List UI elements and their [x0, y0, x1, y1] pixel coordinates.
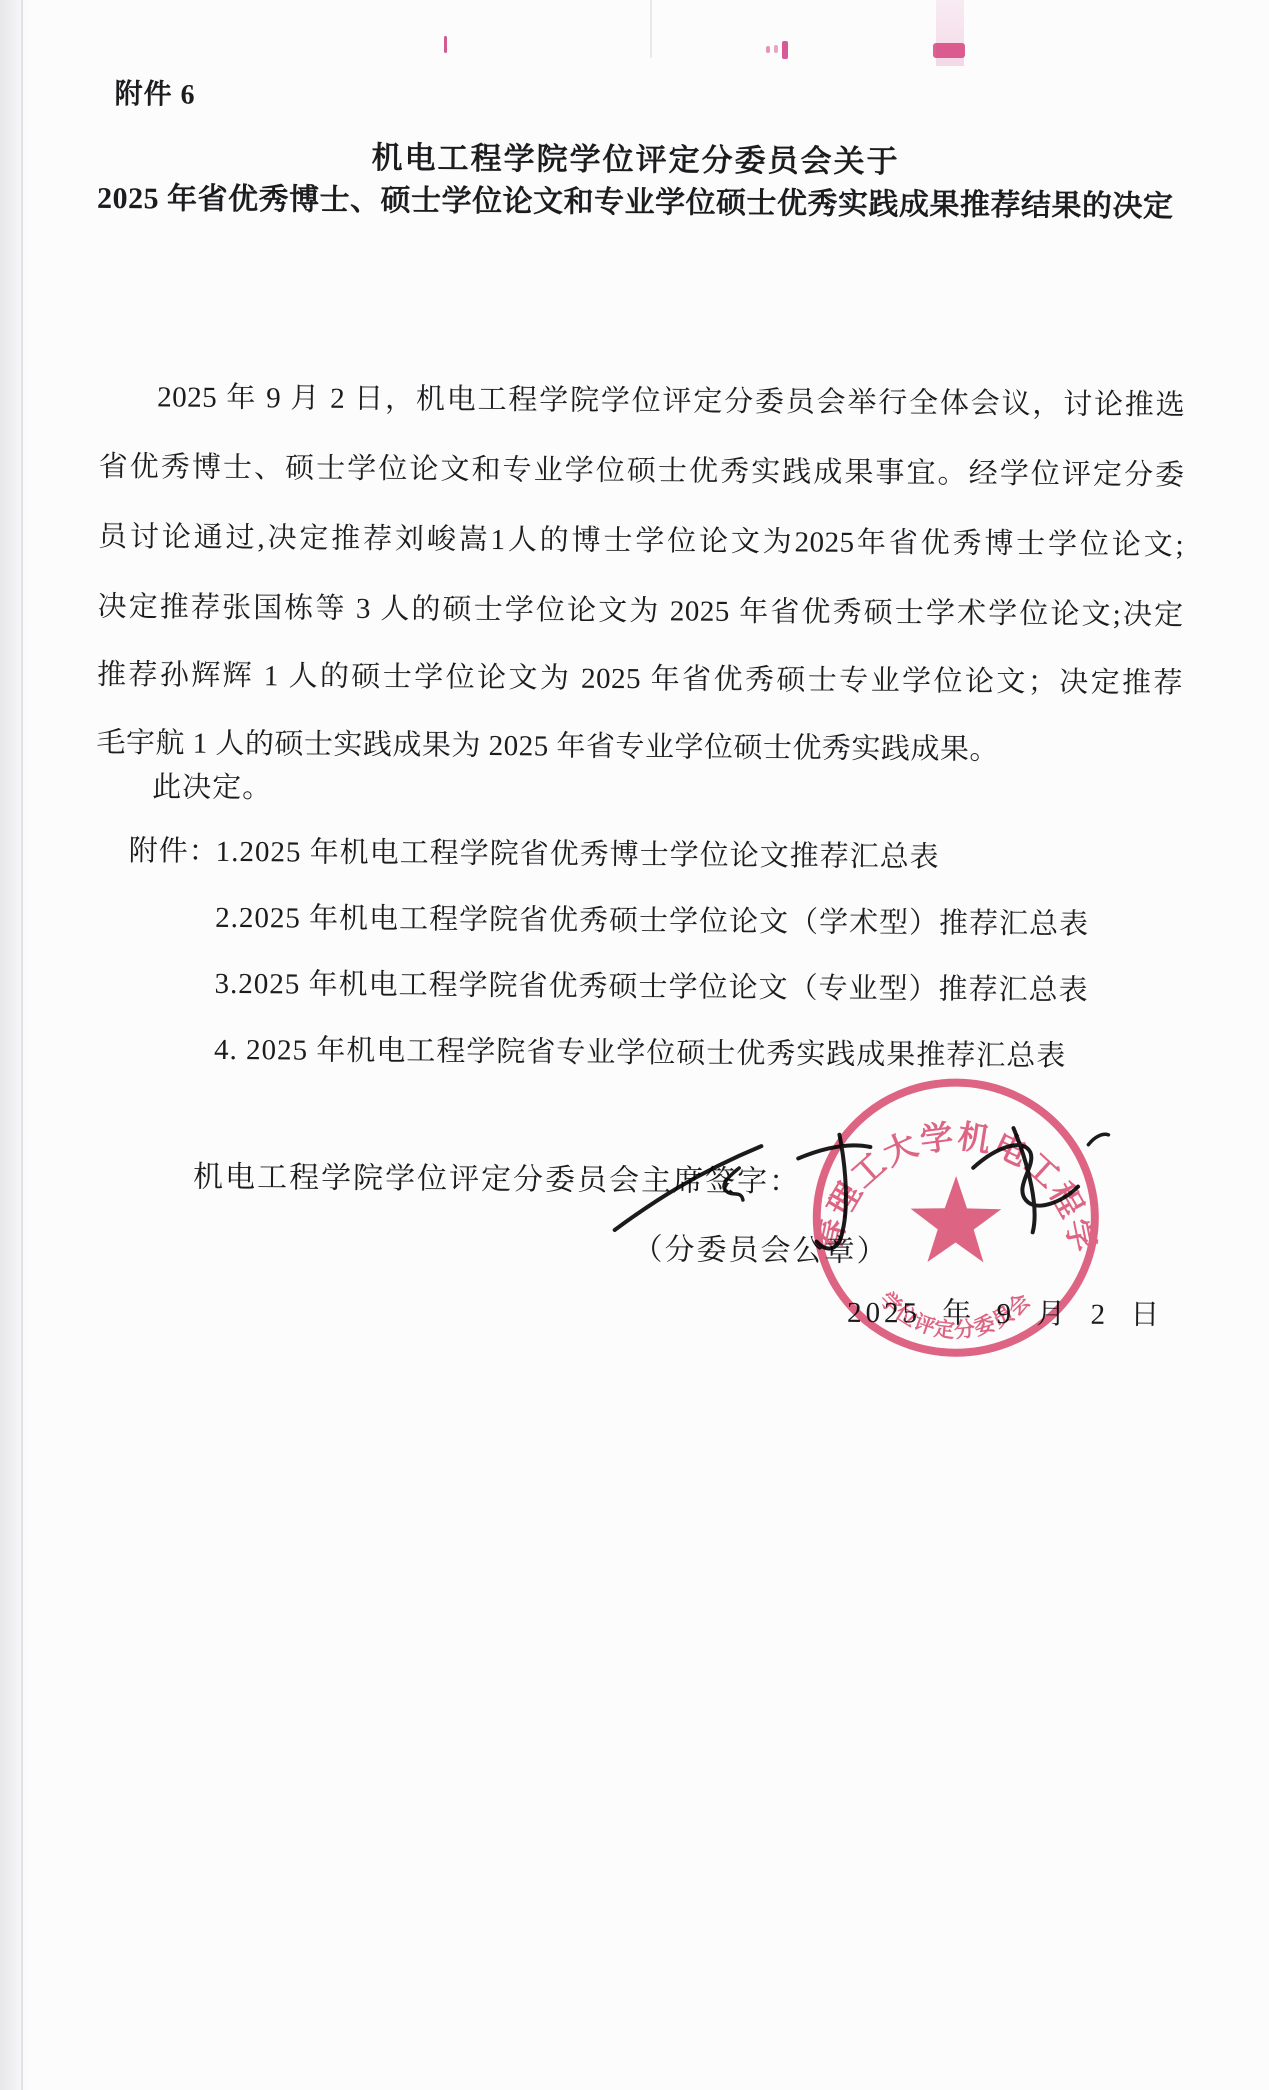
attachment-number-label: 附件 6 [114, 72, 195, 113]
attachment-list-item: 3.2025 年机电工程学院省优秀硕士学位论文（专业型）推荐汇总表 [214, 961, 1088, 1009]
body-paragraph-line: 决定推荐张国栋等 3 人的硕士学位论文为 2025 年省优秀硕士学术学位论文;决… [97, 584, 1183, 634]
closing-statement: 此决定。 [152, 764, 272, 806]
attachment-list-item: 4. 2025 年机电工程学院省专业学位硕士优秀实践成果推荐汇总表 [214, 1027, 1067, 1075]
handwritten-signature [592, 1095, 1163, 1279]
svg-text:学位评定分委员会: 学位评定分委员会 [875, 1287, 1036, 1343]
scanned-document-page: 附件 6 机电工程学院学位评定分委员会关于 2025 年省优秀博士、硕士学位论文… [0, 0, 1269, 2090]
attachment-list-item: 1.2025 年机电工程学院省优秀博士学位论文推荐汇总表 [216, 829, 940, 876]
document-content: 附件 6 机电工程学院学位评定分委员会关于 2025 年省优秀博士、硕士学位论文… [0, 0, 1269, 2090]
body-paragraph-line: 推荐孙辉辉 1 人的硕士学位论文为 2025 年省优秀硕士专业学位论文；决定推荐 [97, 652, 1183, 702]
attachments-list-label: 附件： [129, 828, 219, 870]
body-paragraph-line: 毛宇航 1 人的硕士实践成果为 2025 年省专业学位硕士优秀实践成果。 [96, 720, 1182, 770]
seal-bottom-text: 学位评定分委员会 [875, 1287, 1036, 1343]
body-paragraph-line: 省优秀博士、硕士学位论文和专业学位硕士优秀实践成果事宜。经学位评定分委 [99, 444, 1185, 494]
body-paragraph-line: 员讨论通过,决定推荐刘峻嵩1人的博士学位论文为2025年省优秀博士学位论文; [98, 514, 1184, 564]
document-title-line2: 2025 年省优秀博士、硕士学位论文和专业学位硕士优秀实践成果推荐结果的决定 [61, 173, 1210, 226]
attachment-list-item: 2.2025 年机电工程学院省优秀硕士学位论文（学术型）推荐汇总表 [215, 895, 1089, 943]
body-paragraph-line: 2025 年 9 月 2 日，机电工程学院学位评定分委员会举行全体会议，讨论推选 [99, 374, 1185, 424]
